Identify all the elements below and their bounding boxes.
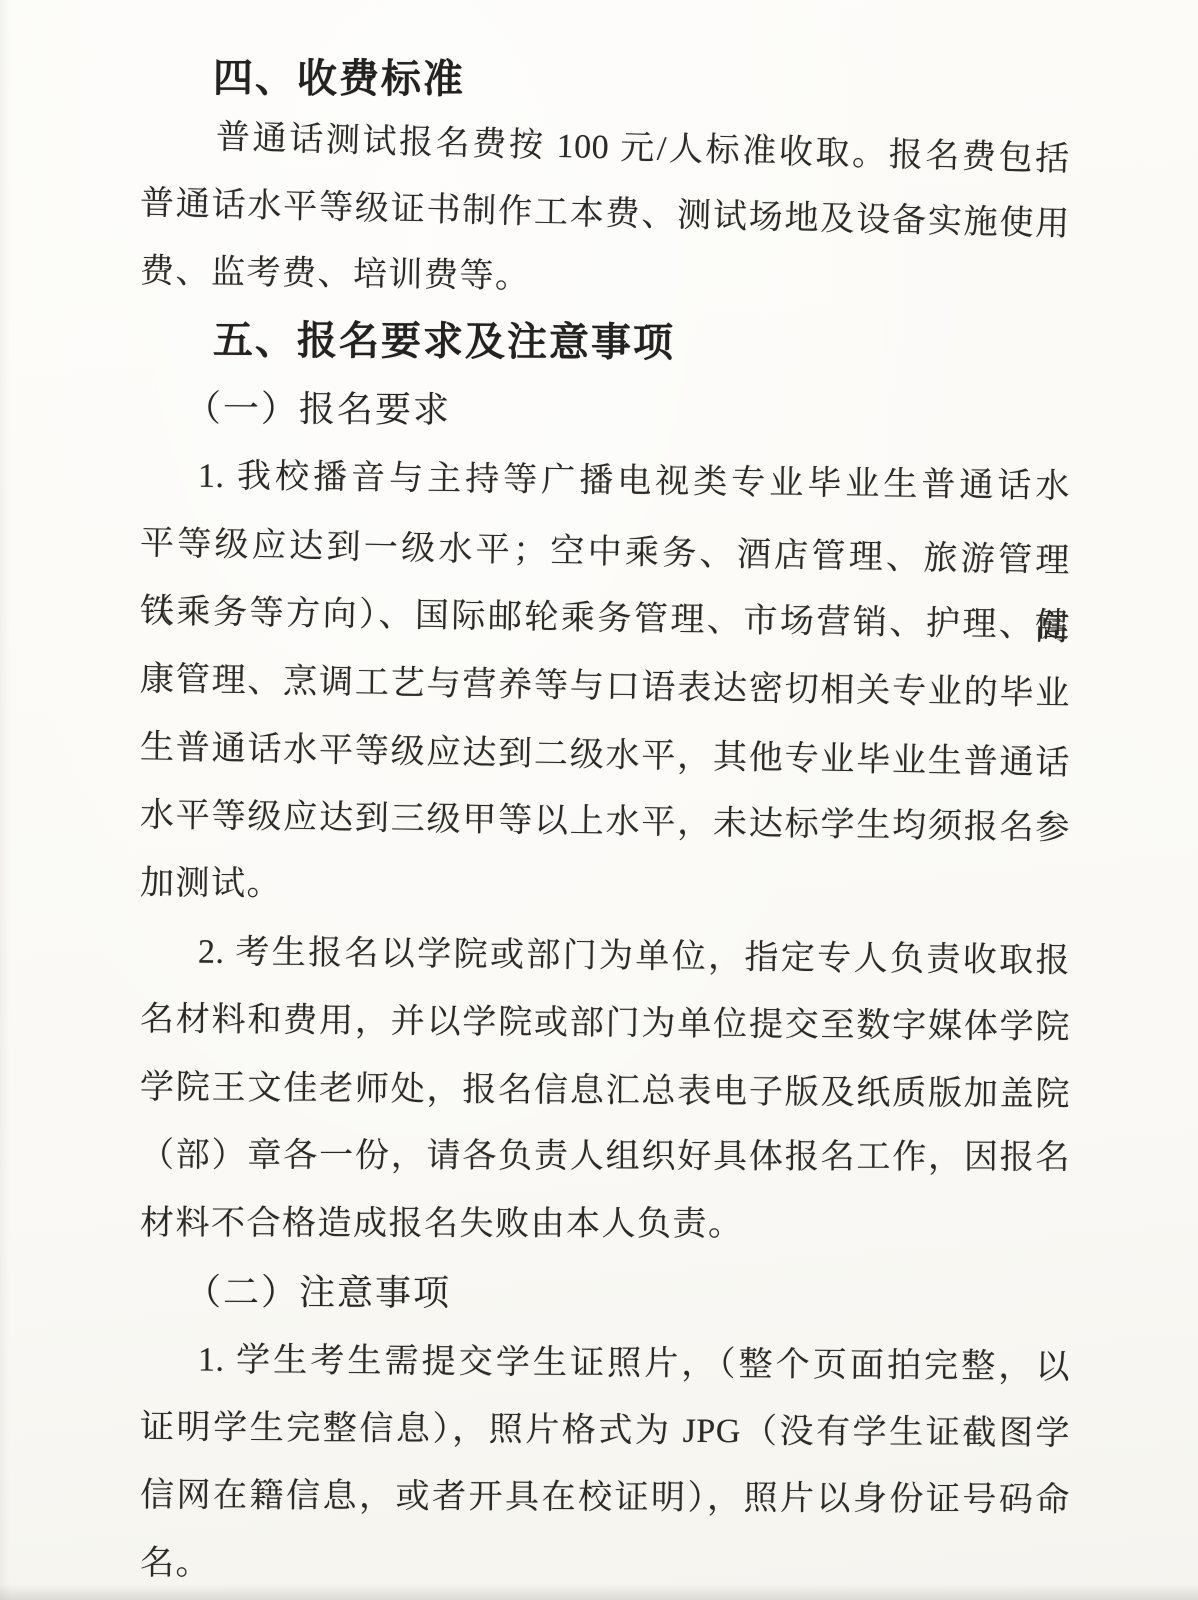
subheading-registration-requirements: （一）报名要求 — [140, 374, 1070, 448]
paragraph-line: 名材料和费用，并以学院或部门为单位提交至数字媒体学院 — [140, 986, 1071, 1062]
paragraph-line: 学院王文佳老师处，报名信息汇总表电子版及纸质版加盖院 — [140, 1054, 1071, 1129]
subheading-notes: （二）注意事项 — [140, 1258, 1070, 1329]
paragraph-line: 1. 我校播音与主持等广播电视类专业毕业生普通话水 — [140, 442, 1071, 521]
paragraph-line: 证明学生完整信息），照片格式为 JPG（没有学生证截图学 — [140, 1394, 1070, 1468]
paragraph-line: 2. 考生报名以学院或部门为单位，指定专人负责收取报 — [140, 918, 1071, 996]
paragraph-line: 名。 — [140, 1530, 1070, 1600]
paragraph-line: 1. 学生考生需提交学生证照片，（整个页面拍完整，以 — [140, 1326, 1071, 1402]
paragraph-line: （部）章各一份，请各负责人组织好具体报名工作，因报名 — [140, 1122, 1070, 1192]
document-text-block: 四、收费标准 普通话测试报名费按 100 元/人标准收取。报名费包括 普通话水平… — [0, 0, 1070, 1598]
paragraph-line: 加测试。 — [140, 850, 1070, 923]
scanned-document-page: 四、收费标准 普通话测试报名费按 100 元/人标准收取。报名费包括 普通话水平… — [0, 0, 1198, 1600]
paragraph-line: 信网在籍信息，或者开具在校证明），照片以身份证号码命 — [140, 1462, 1070, 1535]
paragraph-line: 材料不合格造成报名失败由本人负责。 — [140, 1190, 1070, 1260]
heading-registration-requirements: 五、报名要求及注意事项 — [140, 306, 1070, 380]
